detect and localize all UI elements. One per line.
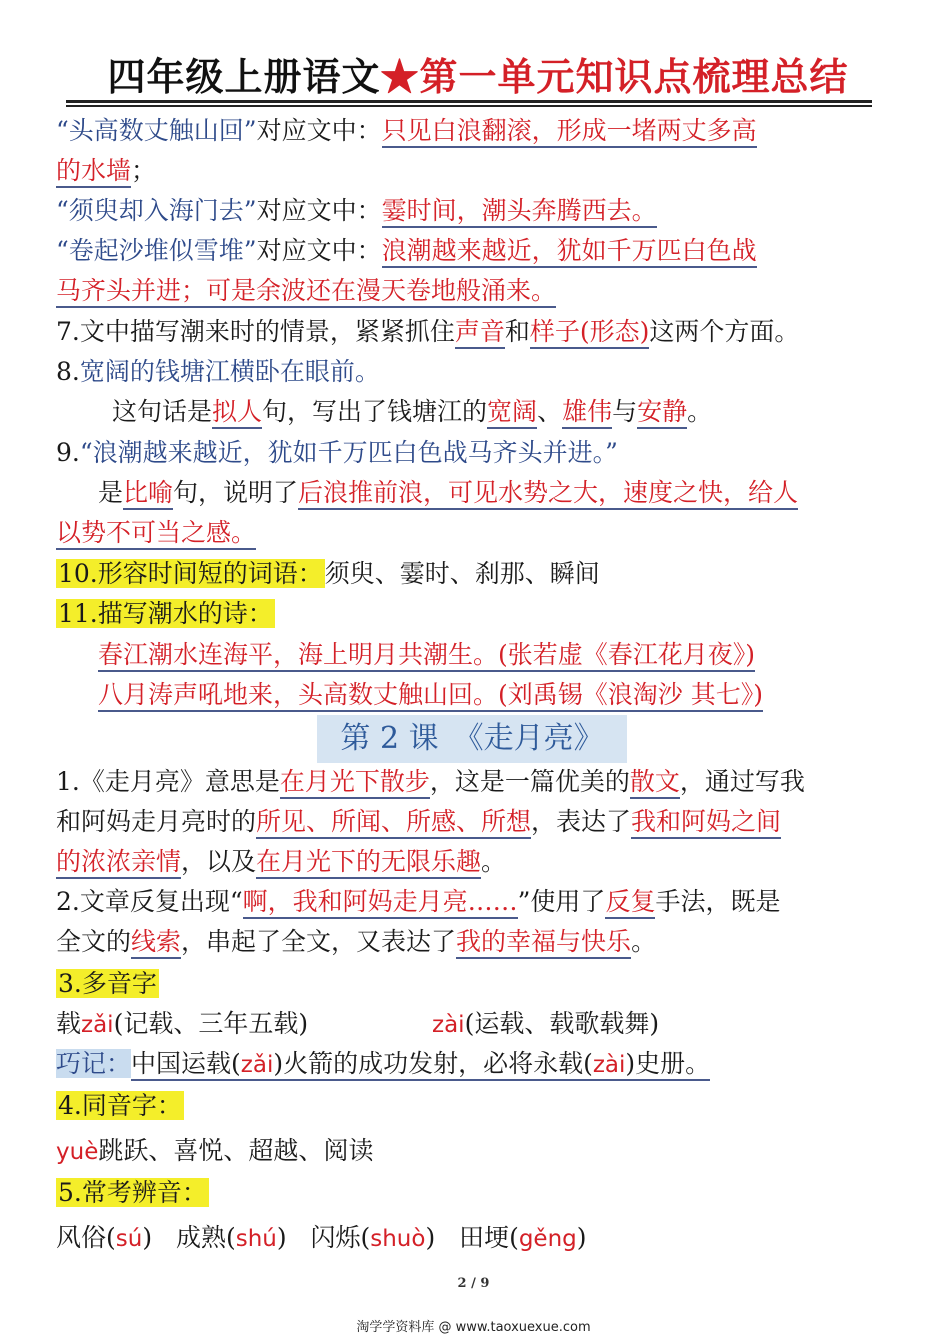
poem-line: 春江潮水连海平，海上明月共潮生。(张若虚《春江花月夜》) (98, 640, 755, 672)
answer: 浪潮越来越近，犹如千万匹白色战 (382, 236, 757, 268)
pinyin: sú (116, 1226, 143, 1252)
word: 闪烁 (310, 1223, 360, 1252)
homophone-row: yuè跳跃、喜悦、超越、阅读 (56, 1133, 373, 1170)
pinyin: yuè (56, 1139, 98, 1165)
item-9-explain: 是比喻句，说明了后浪推前浪，可见水势之大，速度之快，给人 (98, 475, 798, 511)
pinyin: zǎi (241, 1052, 274, 1078)
section-label: 10.形容时间短的词语： (56, 559, 325, 588)
poem-2: 八月涛声吼地来，头高数丈触山回。(刘禹锡《浪淘沙 其七》) (98, 677, 763, 713)
l2-item-1: 1.《走月亮》意思是在月光下散步，这是一篇优美的散文，通过写我 (56, 764, 805, 800)
text: 这句话是 (112, 397, 212, 426)
title-rule (66, 100, 872, 103)
key-answer: 后浪推前浪，可见水势之大，速度之快，给人 (298, 478, 798, 510)
key-answer: 线索 (131, 927, 181, 959)
text: 句，说明了 (173, 478, 298, 507)
text: 是 (98, 478, 123, 507)
text: 这两个方面。 (649, 317, 799, 346)
poem-1: 春江潮水连海平，海上明月共潮生。(张若虚《春江花月夜》) (98, 637, 755, 673)
text: )火箭的成功发射，必将永载( (273, 1049, 593, 1078)
pinyin: zǎi (81, 1012, 114, 1038)
word: 跳跃 (98, 1136, 148, 1165)
item-7: 7.文中描写潮来时的情景，紧紧抓住声音和样子(形态)这两个方面。 (56, 314, 799, 350)
key-answer: 所见、所闻、所感、所想 (256, 807, 531, 839)
key-answer: 样子(形态) (530, 317, 650, 349)
text: 1.《走月亮》意思是 (56, 767, 280, 796)
pinyin: zài (593, 1052, 626, 1078)
word: 阅读 (323, 1136, 373, 1165)
pinyin: shuò (370, 1226, 425, 1252)
char: 载 (56, 1009, 81, 1038)
title-left: 四年级上册语文 (107, 54, 380, 99)
tip-label: 巧记： (56, 1049, 131, 1078)
sentence: 宽阔的钱塘江横卧在眼前。 (80, 357, 380, 386)
num: 9. (56, 438, 80, 467)
poem-line: 八月涛声吼地来，头高数丈触山回。(刘禹锡《浪淘沙 其七》) (98, 680, 763, 712)
answer: 霎时间，潮头奔腾西去。 (382, 196, 657, 228)
poem-map-1-cont: 的水墙； (56, 153, 156, 189)
lesson-heading: 第 2 课 《走月亮》 (317, 715, 627, 763)
quote: “卷起沙堆似雪堆” (56, 236, 257, 265)
text: 与 (612, 397, 637, 426)
key-answer: 我和阿妈之间 (631, 807, 781, 839)
item-9: 9.“浪潮越来越近，犹如千万匹白色战马齐头并进。” (56, 435, 618, 471)
text: ，这是一篇优美的 (430, 767, 630, 796)
text: 和阿妈走月亮时的 (56, 807, 256, 836)
key-answer: 反复 (605, 887, 655, 919)
pinyin: zài (432, 1012, 465, 1038)
section-label: 4.同音字： (56, 1091, 184, 1120)
answer: 只见白浪翻滚，形成一堵两丈多高 (382, 116, 757, 148)
l2-item-3: 3.多音字 (56, 966, 159, 1002)
text: 中国运载( (131, 1049, 241, 1078)
l2-item-2: 2.文章反复出现“啊，我和阿妈走月亮……”使用了反复手法，既是 (56, 884, 780, 920)
text: ，表达了 (531, 807, 631, 836)
text: 。 (481, 847, 506, 876)
word: 风俗 (56, 1223, 106, 1252)
text: 句，写出了钱塘江的 (262, 397, 487, 426)
l2-item-5: 5.常考辨音： (56, 1175, 209, 1211)
key-answer: 宽阔 (487, 397, 537, 429)
source-watermark: 淘学学资料库 @ www.taoxuexue.com (0, 1316, 947, 1335)
key-answer: 在月光下的无限乐趣 (256, 847, 481, 879)
poem-map-3: “卷起沙堆似雪堆”对应文中：浪潮越来越近，犹如千万匹白色战 (56, 233, 757, 269)
section-label: 5.常考辨音： (56, 1178, 209, 1207)
l2-item-1-l3: 的浓浓亲情，以及在月光下的无限乐趣。 (56, 844, 506, 880)
item-11: 11.描写潮水的诗： (56, 596, 275, 632)
text: ，串起了全文，又表达了 (181, 927, 456, 956)
poem-map-2: “须臾却入海门去”对应文中：霎时间，潮头奔腾西去。 (56, 193, 657, 229)
key-answer: 声音 (455, 317, 505, 349)
key-answer: 的浓浓亲情 (56, 847, 181, 879)
text: ”使用了 (518, 887, 606, 916)
quote: “须臾却入海门去” (56, 196, 257, 225)
item-10: 10.形容时间短的词语：须臾、霎时、刹那、瞬间 (56, 556, 600, 592)
polyphone-row: 载zǎi(记载、三年五载) (56, 1006, 308, 1043)
document-title: 四年级上册语文★第一单元知识点梳理总结 (78, 52, 878, 102)
item-8-explain: 这句话是拟人句，写出了钱塘江的宽阔、雄伟与安静。 (112, 394, 712, 430)
word: 成熟 (176, 1223, 226, 1252)
l2-item-1-l2: 和阿妈走月亮时的所见、所闻、所感、所想，表达了我和阿妈之间 (56, 804, 781, 840)
section-label: 11.描写潮水的诗： (56, 599, 275, 628)
key-answer: 我的幸福与快乐 (456, 927, 631, 959)
text: 。 (631, 927, 656, 956)
word: 田埂 (459, 1223, 509, 1252)
num: 8. (56, 357, 80, 386)
title-right: 第一单元知识点梳理总结 (420, 54, 849, 99)
label: 对应文中： (257, 116, 382, 145)
label: 对应文中： (257, 196, 382, 225)
key-answer: 啊，我和阿妈走月亮…… (243, 887, 518, 919)
text: ，以及 (181, 847, 256, 876)
poem-map-1: “头高数丈触山回”对应文中：只见白浪翻滚，形成一堵两丈多高 (56, 113, 757, 149)
key-answer: 以势不可当之感。 (56, 518, 256, 550)
item-9-explain-cont: 以势不可当之感。 (56, 515, 256, 551)
key-answer: 雄伟 (562, 397, 612, 429)
l2-item-2-l2: 全文的线索，串起了全文，又表达了我的幸福与快乐。 (56, 924, 656, 960)
star-icon: ★ (380, 54, 419, 99)
text: 手法，既是 (655, 887, 780, 916)
key-answer: 安静 (637, 397, 687, 429)
section-label: 3.多音字 (56, 969, 159, 998)
key-answer: 散文 (630, 767, 680, 799)
text: 、 (537, 397, 562, 426)
sentence: “浪潮越来越近，犹如千万匹白色战马齐头并进。” (80, 438, 618, 467)
text: ，通过写我 (680, 767, 805, 796)
label: 对应文中： (257, 236, 382, 265)
text: 7.文中描写潮来时的情景，紧紧抓住 (56, 317, 455, 346)
poem-map-3-cont: 马齐头并进；可是余波还在漫天卷地般涌来。 (56, 273, 556, 309)
word: 超越 (248, 1136, 298, 1165)
l2-item-4: 4.同音字： (56, 1088, 184, 1124)
key-answer: 在月光下散步 (280, 767, 430, 799)
text: 。 (687, 397, 712, 426)
key-answer: 拟人 (212, 397, 262, 429)
polyphone-row-2: zài(运载、载歌载舞) (432, 1006, 659, 1043)
pinyin: shú (236, 1226, 277, 1252)
punct: ； (131, 156, 156, 185)
examples: (运载、载歌载舞) (465, 1009, 660, 1038)
answer: 马齐头并进；可是余波还在漫天卷地般涌来。 (56, 276, 556, 308)
answer: 的水墙 (56, 156, 131, 188)
quote: “头高数丈触山回” (56, 116, 257, 145)
text: )史册。 (625, 1049, 710, 1078)
pinyin: gěng (519, 1226, 577, 1252)
words: 须臾、霎时、刹那、瞬间 (325, 559, 600, 588)
text: 全文的 (56, 927, 131, 956)
key-answer: 比喻 (123, 478, 173, 510)
text: 2.文章反复出现“ (56, 887, 243, 916)
page-number: 2 / 9 (0, 1276, 947, 1291)
examples: (记载、三年五载) (114, 1009, 309, 1038)
memory-tip: 巧记：中国运载(zǎi)火箭的成功发射，必将永载(zài)史册。 (56, 1046, 710, 1083)
title-rule-thin (66, 105, 872, 107)
pronunciation-row: 风俗(sú) 成熟(shú) 闪烁(shuò) 田埂(gěng) (56, 1220, 587, 1257)
text: 和 (505, 317, 530, 346)
word: 喜悦 (173, 1136, 223, 1165)
item-8: 8.宽阔的钱塘江横卧在眼前。 (56, 354, 380, 390)
